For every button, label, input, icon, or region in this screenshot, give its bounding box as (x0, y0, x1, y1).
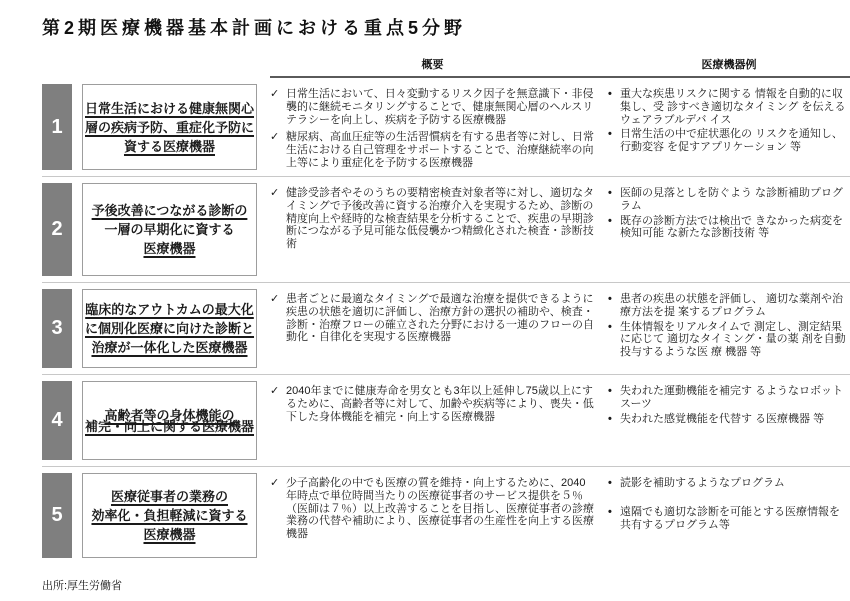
example-text: 遠隔でも適切な診断を可能とする医療情報を共有するプログラム等 (620, 506, 850, 532)
overview-cell: ✓ 少子高齢化の中でも医療の質を維持・向上するために、2040年時点で単位時間当… (270, 473, 595, 558)
bullet-icon: • (608, 321, 620, 359)
page-title: 第2期医療機器基本計画における重点5分野 (42, 14, 850, 40)
category-line: 日常生活における健康無関心 (85, 99, 254, 118)
table-row: 1 日常生活における健康無関心 層の疾病予防、重症化予防に 資する医療機器 ✓ … (42, 78, 850, 176)
category-line: に個別化医療に向けた診断と (85, 319, 254, 338)
examples-column-label: 医療機器例 (608, 56, 850, 72)
category-line: 一層の早期化に資する (104, 220, 234, 239)
check-icon: ✓ (270, 477, 286, 541)
example-item: • 重大な疾患リスクに関する 情報を自動的に収集し、受 診すべき適切なタイミング… (608, 88, 850, 126)
table-row: 3 臨床的なアウトカムの最大化 に個別化医療に向けた診断と 治療が一体化した医療… (42, 282, 850, 374)
category-line: 補完・向上に関する医療機器 (85, 417, 254, 436)
category-box: 高齢者等の身体機能の 補完・向上に関する医療機器 (82, 381, 257, 460)
check-icon: ✓ (270, 187, 286, 251)
bullet-icon: • (608, 215, 620, 241)
overview-text: 患者ごとに最適なタイミングで最適な治療を提供できるように疾患の状態を適切に評価し… (286, 293, 595, 344)
bullet-icon: • (608, 128, 620, 154)
category-line: 資する医療機器 (124, 137, 215, 156)
overview-item: ✓ 患者ごとに最適なタイミングで最適な治療を提供できるように疾患の状態を適切に評… (270, 293, 595, 344)
category-line: 予後改善につながる診断の (92, 201, 248, 220)
example-text: 既存の診断方法では検出で きなかった病変を検知可能 な新たな診断技術 等 (620, 215, 850, 241)
bullet-icon: • (608, 506, 620, 532)
category-line: 治療が一体化した医療機器 (91, 338, 247, 357)
bullet-icon: • (608, 477, 620, 490)
example-item: • 患者の疾患の状態を評価し、 適切な薬剤や治療方法を提 案するプログラム (608, 293, 850, 319)
overview-text: 少子高齢化の中でも医療の質を維持・向上するために、2040年時点で単位時間当たり… (286, 477, 595, 541)
category-line: 層の疾病予防、重症化予防に (85, 118, 254, 137)
bullet-icon: • (608, 187, 620, 213)
category-box: 予後改善につながる診断の 一層の早期化に資する 医療機器 (82, 183, 257, 276)
example-text: 医師の見落としを防ぐよう な診断補助プログラム (620, 187, 850, 213)
example-text: 生体情報をリアルタイムで 測定し、測定結果に応じて 適切なタイミング・量の薬 剤… (620, 321, 850, 359)
bullet-icon: • (608, 88, 620, 126)
example-item: • 生体情報をリアルタイムで 測定し、測定結果に応じて 適切なタイミング・量の薬… (608, 321, 850, 359)
check-icon: ✓ (270, 131, 286, 169)
bullet-icon: • (608, 385, 620, 411)
overview-cell: ✓ 2040年までに健康寿命を男女とも3年以上延伸し75歳以上にするために、高齢… (270, 381, 595, 460)
overview-text: 2040年までに健康寿命を男女とも3年以上延伸し75歳以上にするために、高齢者等… (286, 385, 595, 423)
slide-page: 第2期医療機器基本計画における重点5分野 概要 医療機器例 1 日常生活における… (0, 0, 850, 601)
example-text: 読影を補助するようなプログラム (620, 477, 850, 490)
category-line: 医療従事者の業務の (111, 487, 228, 506)
overview-cell: ✓ 健診受診者やそのうちの要精密検査対象者等に対し、適切なタイミングで予後改善に… (270, 183, 595, 276)
row-number-badge: 2 (42, 183, 72, 276)
bullet-icon: • (608, 413, 620, 426)
example-item: • 既存の診断方法では検出で きなかった病変を検知可能 な新たな診断技術 等 (608, 215, 850, 241)
overview-item: ✓ 糖尿病、高血圧症等の生活習慣病を有する患者等に対し、日常生活における自己管理… (270, 131, 595, 169)
overview-item: ✓ 健診受診者やそのうちの要精密検査対象者等に対し、適切なタイミングで予後改善に… (270, 187, 595, 251)
row-number-badge: 4 (42, 381, 72, 460)
column-header: 概要 医療機器例 (270, 56, 850, 78)
check-icon: ✓ (270, 88, 286, 126)
category-box: 日常生活における健康無関心 層の疾病予防、重症化予防に 資する医療機器 (82, 84, 257, 170)
row-number-badge: 5 (42, 473, 72, 558)
overview-column-label: 概要 (270, 56, 595, 72)
bullet-icon: • (608, 293, 620, 319)
column-header-gap (595, 56, 608, 72)
priority-table: 1 日常生活における健康無関心 層の疾病予防、重症化予防に 資する医療機器 ✓ … (42, 78, 850, 564)
table-row: 4 高齢者等の身体機能の 補完・向上に関する医療機器 ✓ 2040年までに健康寿… (42, 374, 850, 466)
examples-cell: • 重大な疾患リスクに関する 情報を自動的に収集し、受 診すべき適切なタイミング… (608, 84, 850, 170)
overview-text: 糖尿病、高血圧症等の生活習慣病を有する患者等に対し、日常生活における自己管理をサ… (286, 131, 595, 169)
example-text: 重大な疾患リスクに関する 情報を自動的に収集し、受 診すべき適切なタイミング を… (620, 88, 850, 126)
row-number-badge: 3 (42, 289, 72, 368)
source-note: 出所:厚生労働省 (42, 577, 850, 593)
example-text: 失われた運動機能を補完す るようなロボットスーツ (620, 385, 850, 411)
category-line: 効率化・負担軽減に資する (91, 506, 247, 525)
category-line: 医療機器 (143, 239, 195, 258)
example-item: • 遠隔でも適切な診断を可能とする医療情報を共有するプログラム等 (608, 506, 850, 532)
overview-text: 健診受診者やそのうちの要精密検査対象者等に対し、適切なタイミングで予後改善に資す… (286, 187, 595, 251)
examples-cell: • 医師の見落としを防ぐよう な診断補助プログラム • 既存の診断方法では検出で… (608, 183, 850, 276)
overview-cell: ✓ 日常生活において、日々変動するリスク因子を無意識下・非侵襲的に継続モニタリン… (270, 84, 595, 170)
example-text: 患者の疾患の状態を評価し、 適切な薬剤や治療方法を提 案するプログラム (620, 293, 850, 319)
category-line: 臨床的なアウトカムの最大化 (85, 300, 254, 319)
overview-cell: ✓ 患者ごとに最適なタイミングで最適な治療を提供できるように疾患の状態を適切に評… (270, 289, 595, 368)
overview-item: ✓ 日常生活において、日々変動するリスク因子を無意識下・非侵襲的に継続モニタリン… (270, 88, 595, 126)
example-item: • 医師の見落としを防ぐよう な診断補助プログラム (608, 187, 850, 213)
table-row: 2 予後改善につながる診断の 一層の早期化に資する 医療機器 ✓ 健診受診者やそ… (42, 176, 850, 282)
category-box: 臨床的なアウトカムの最大化 に個別化医療に向けた診断と 治療が一体化した医療機器 (82, 289, 257, 368)
category-line: 医療機器 (143, 525, 195, 544)
example-item: • 失われた感覚機能を代替す る医療機器 等 (608, 413, 850, 426)
overview-item: ✓ 2040年までに健康寿命を男女とも3年以上延伸し75歳以上にするために、高齢… (270, 385, 595, 423)
examples-cell: • 患者の疾患の状態を評価し、 適切な薬剤や治療方法を提 案するプログラム • … (608, 289, 850, 368)
table-row: 5 医療従事者の業務の 効率化・負担軽減に資する 医療機器 ✓ 少子高齢化の中で… (42, 466, 850, 564)
example-text: 日常生活の中で症状悪化の リスクを通知し、行動変容 を促すアプリケーション 等 (620, 128, 850, 154)
examples-cell: • 読影を補助するようなプログラム • 遠隔でも適切な診断を可能とする医療情報を… (608, 473, 850, 558)
overview-text: 日常生活において、日々変動するリスク因子を無意識下・非侵襲的に継続モニタリングす… (286, 88, 595, 126)
row-number-badge: 1 (42, 84, 72, 170)
example-item: • 読影を補助するようなプログラム (608, 477, 850, 490)
check-icon: ✓ (270, 293, 286, 344)
category-box: 医療従事者の業務の 効率化・負担軽減に資する 医療機器 (82, 473, 257, 558)
check-icon: ✓ (270, 385, 286, 423)
example-item: • 日常生活の中で症状悪化の リスクを通知し、行動変容 を促すアプリケーション … (608, 128, 850, 154)
example-item: • 失われた運動機能を補完す るようなロボットスーツ (608, 385, 850, 411)
example-text: 失われた感覚機能を代替す る医療機器 等 (620, 413, 850, 426)
overview-item: ✓ 少子高齢化の中でも医療の質を維持・向上するために、2040年時点で単位時間当… (270, 477, 595, 541)
examples-cell: • 失われた運動機能を補完す るようなロボットスーツ • 失われた感覚機能を代替… (608, 381, 850, 460)
